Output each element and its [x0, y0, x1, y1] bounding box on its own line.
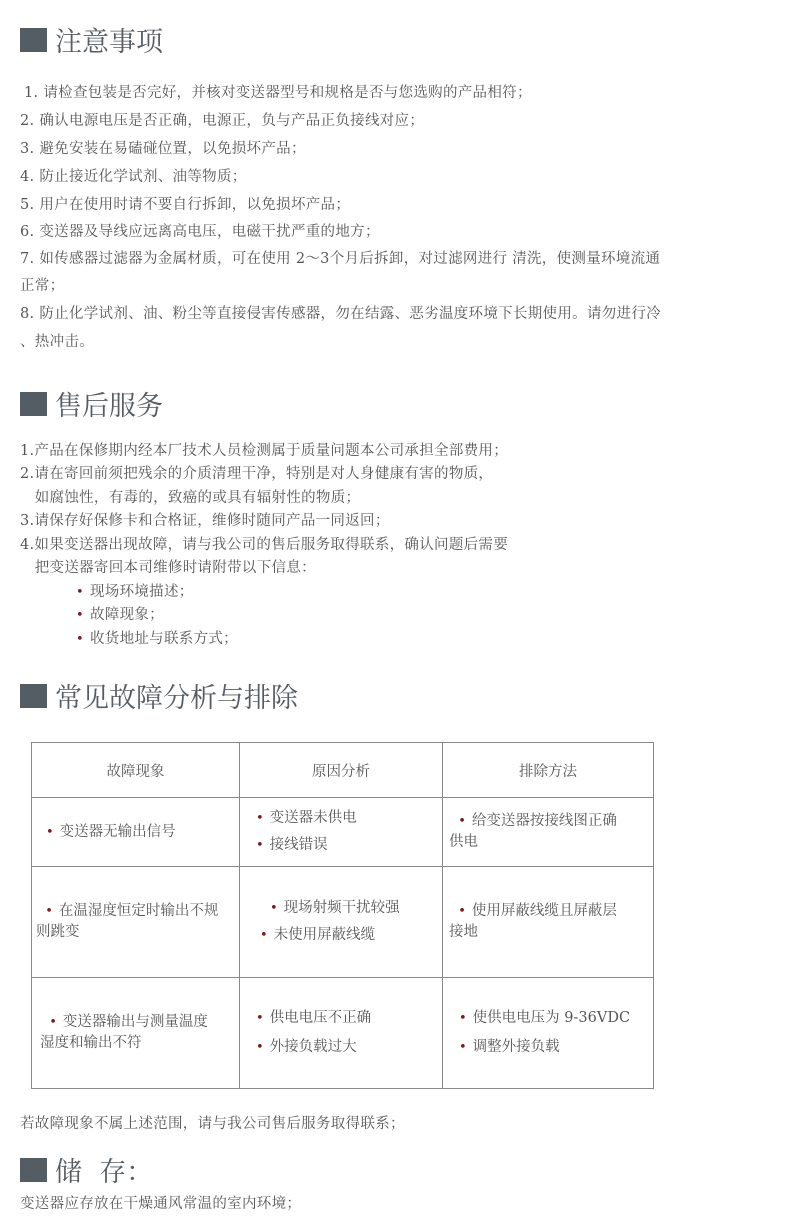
cell-text: 未使用屏蔽线缆	[274, 927, 376, 943]
square-marker-icon	[20, 1158, 47, 1182]
note-item: 2. 确认电源电压是否正确，电源正，负与产品正负接线对应；	[20, 109, 424, 130]
cell-text: 现场射频干扰较强	[284, 900, 400, 916]
bullet-icon: •	[260, 928, 268, 943]
square-marker-icon	[20, 684, 47, 708]
cell-fix: •使用屏蔽线缆且屏蔽层 接地	[443, 867, 654, 978]
section-title-notes: 注意事项	[20, 20, 163, 59]
bullet-text: 现场环境描述；	[90, 584, 194, 600]
service-item: 2.请在寄回前须把残余的介质清理干净，特别是对人身健康有害的物质，	[20, 462, 493, 483]
cell-cause: •现场射频干扰较强 •未使用屏蔽线缆	[240, 867, 443, 978]
cell-fix: •给变送器按接线图正确 供电	[443, 798, 654, 867]
bullet-icon: •	[458, 814, 466, 829]
title-text: 售后服务	[55, 384, 163, 423]
cell-symptom: •变送器输出与测量温度 湿度和输出不符	[32, 978, 240, 1089]
bullet-icon: •	[459, 1040, 467, 1055]
bullet-icon: •	[46, 825, 54, 840]
service-item: 3.请保存好保修卡和合格证，维修时随同产品一同返回；	[20, 509, 390, 530]
bullet-icon: •	[76, 632, 84, 647]
bullet-icon: •	[256, 811, 264, 826]
cell-cause: •供电电压不正确 •外接负载过大	[240, 978, 443, 1089]
bullet-icon: •	[270, 901, 278, 916]
cell-text: 接地	[449, 922, 647, 943]
cell-text: 供电电压不正确	[270, 1010, 372, 1026]
bullet-icon: •	[458, 904, 466, 919]
service-bullet: •故障现象；	[76, 603, 164, 624]
cell-text: 给变送器按接线图正确	[472, 813, 617, 829]
service-item-cont: 如腐蚀性，有毒的，致癌的或具有辐射性的物质；	[20, 486, 360, 507]
section-title-storage: 储 存：	[20, 1150, 153, 1189]
header-fix: 排除方法	[443, 743, 654, 798]
header-symptom: 故障现象	[32, 743, 240, 798]
cell-text: 使用屏蔽线缆且屏蔽层	[472, 903, 617, 919]
cell-cause: •变送器未供电 •接线错误	[240, 798, 443, 867]
section-title-service: 售后服务	[20, 384, 163, 423]
note-item: 8. 防止化学试剂、油、粉尘等直接侵害传感器，勿在结露、恶劣温度环境下长期使用。…	[20, 302, 661, 323]
bullet-icon: •	[459, 1011, 467, 1026]
cell-symptom: •变送器无输出信号	[32, 798, 240, 867]
note-item: 6. 变送器及导线应远离高电压，电磁干扰严重的地方；	[20, 220, 380, 241]
bullet-text: 收货地址与联系方式；	[90, 631, 238, 647]
fault-table: 故障现象 原因分析 排除方法 •变送器无输出信号 •变送器未供电 •接线错误 •…	[31, 742, 654, 1089]
cell-text: 供电	[449, 832, 647, 853]
cell-text: 则跳变	[36, 922, 233, 943]
cell-text: 外接负载过大	[270, 1039, 357, 1055]
title-text: 储 存：	[55, 1150, 153, 1189]
bullet-icon: •	[256, 1040, 264, 1055]
note-item-cont: 正常；	[20, 274, 64, 295]
header-cause: 原因分析	[240, 743, 443, 798]
bullet-icon: •	[45, 904, 53, 919]
note-item: 1. 请检查包装是否完好，并核对变送器型号和规格是否与您选购的产品相符；	[24, 81, 532, 102]
table-row: •变送器输出与测量温度 湿度和输出不符 •供电电压不正确 •外接负载过大 •使供…	[32, 978, 654, 1089]
cell-fix: •使供电电压为 9-36VDC •调整外接负载	[443, 978, 654, 1089]
note-item-cont: 、热冲击。	[20, 330, 94, 351]
cell-text: 变送器无输出信号	[60, 824, 176, 840]
cell-symptom: •在温湿度恒定时输出不规 则跳变	[32, 867, 240, 978]
bullet-icon: •	[256, 838, 264, 853]
table-header-row: 故障现象 原因分析 排除方法	[32, 743, 654, 798]
service-bullet: •收货地址与联系方式；	[76, 627, 238, 648]
cell-text: 湿度和输出不符	[40, 1033, 233, 1054]
cell-text: 在温湿度恒定时输出不规	[59, 903, 219, 919]
bullet-icon: •	[256, 1011, 264, 1026]
cell-text: 接线错误	[270, 837, 328, 853]
square-marker-icon	[20, 28, 47, 52]
bullet-icon: •	[49, 1015, 57, 1030]
square-marker-icon	[20, 392, 47, 416]
service-item-cont: 把变送器寄回本司维修时请附带以下信息：	[20, 556, 316, 577]
table-row: •变送器无输出信号 •变送器未供电 •接线错误 •给变送器按接线图正确 供电	[32, 798, 654, 867]
service-item: 4.如果变送器出现故障，请与我公司的售后服务取得联系，确认问题后需要	[20, 533, 508, 554]
storage-text: 变送器应存放在干燥通风常温的室内环境；	[20, 1192, 301, 1213]
title-text: 常见故障分析与排除	[55, 676, 298, 715]
service-bullet: •现场环境描述；	[76, 580, 194, 601]
section-title-faults: 常见故障分析与排除	[20, 676, 298, 715]
note-item: 7. 如传感器过滤器为金属材质，可在使用 2～3个月后拆卸，对过滤网进行 清洗，…	[20, 247, 660, 268]
bullet-icon: •	[76, 608, 84, 623]
note-item: 3. 避免安装在易磕碰位置，以免损坏产品；	[20, 137, 306, 158]
cell-text: 变送器未供电	[270, 810, 357, 826]
cell-text: 变送器输出与测量温度	[63, 1014, 208, 1030]
note-item: 4. 防止接近化学试剂、油等物质；	[20, 165, 247, 186]
title-text: 注意事项	[55, 20, 163, 59]
cell-text: 调整外接负载	[473, 1039, 560, 1055]
bullet-icon: •	[76, 585, 84, 600]
service-item: 1.产品在保修期内经本厂技术人员检测属于质量问题本公司承担全部费用；	[20, 439, 508, 460]
note-item: 5. 用户在使用时请不要自行拆卸，以免损坏产品；	[20, 193, 350, 214]
bullet-text: 故障现象；	[90, 607, 164, 623]
table-row: •在温湿度恒定时输出不规 则跳变 •现场射频干扰较强 •未使用屏蔽线缆 •使用屏…	[32, 867, 654, 978]
fault-footer-note: 若故障现象不属上述范围，请与我公司售后服务取得联系；	[20, 1112, 405, 1133]
cell-text: 使供电电压为 9-36VDC	[473, 1010, 630, 1026]
